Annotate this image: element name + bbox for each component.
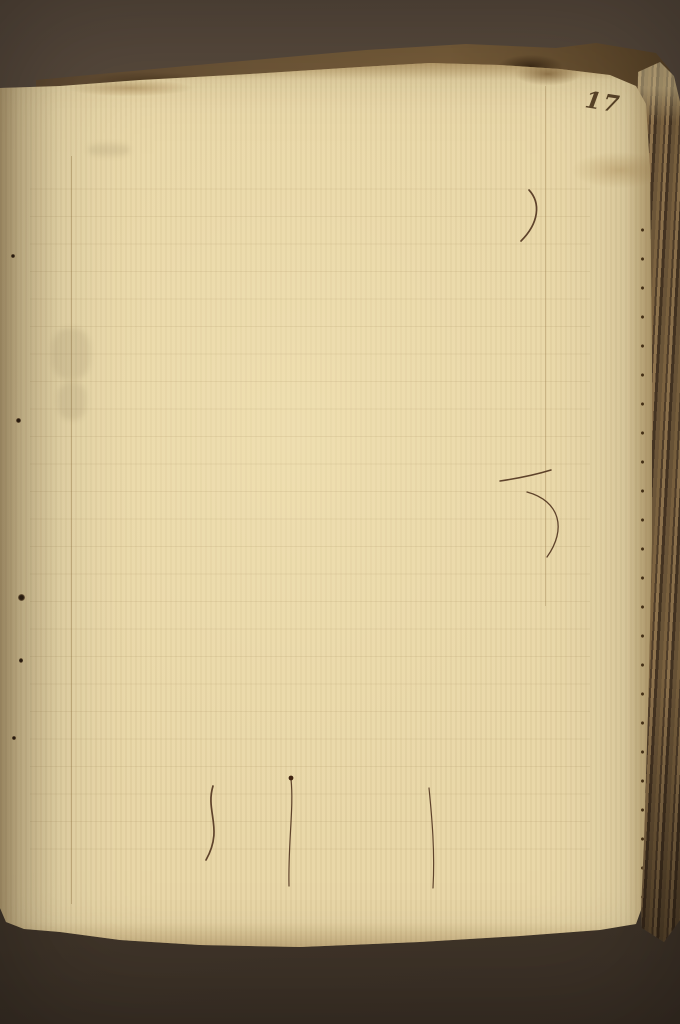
wormhole-spot bbox=[16, 418, 21, 423]
ghost-ink-smudge bbox=[52, 328, 90, 380]
faint-ruling-lines bbox=[30, 162, 590, 874]
wormhole-spot bbox=[11, 254, 15, 258]
ghost-ink-smudge bbox=[58, 382, 86, 420]
wormhole-spot bbox=[18, 594, 25, 601]
wormhole-spot bbox=[12, 736, 16, 740]
right-crease-line bbox=[545, 86, 546, 606]
left-margin-ruling-line bbox=[71, 156, 72, 904]
ghost-ink-smudge bbox=[88, 144, 130, 156]
manuscript-page: 17 bbox=[0, 60, 652, 948]
manuscript-photo: 17 das auß gekrich als air vnd mach da n… bbox=[0, 0, 680, 1024]
pricking-holes bbox=[641, 228, 644, 918]
wormhole-spot bbox=[19, 658, 23, 663]
